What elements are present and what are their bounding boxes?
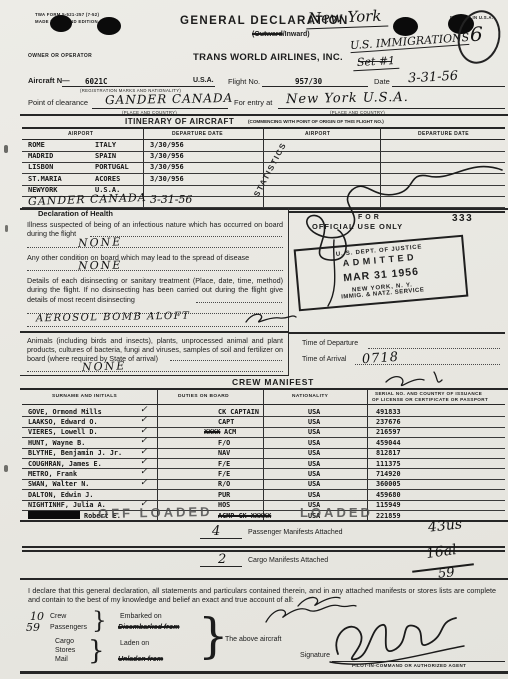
itinerary-cell: ST.MARIA xyxy=(28,175,62,183)
cargo-manifest-count[interactable]: 2 xyxy=(218,552,226,567)
dotted-leader xyxy=(27,326,283,327)
for-entry-label: For entry at xyxy=(234,98,272,107)
point-of-clearance-label: Point of clearance xyxy=(28,98,88,107)
itinerary-cell: SPAIN xyxy=(95,152,116,160)
crew-cell: SWAN, Walter N. xyxy=(28,480,89,488)
itinerary-col-departure: DEPARTURE DATE xyxy=(172,131,223,137)
itinerary-cell: 3/30/956 xyxy=(150,175,184,183)
brace-glyph: } xyxy=(88,636,105,666)
crew-cell: 216597 xyxy=(376,428,401,436)
disembarked-struck-label: Disembarked from xyxy=(118,624,179,631)
passenger-count-handwritten[interactable]: 59 xyxy=(26,621,40,634)
itinerary-col-airport: AIRPORT xyxy=(68,131,93,137)
crew-cell: XXXX xyxy=(204,428,220,436)
crew-cell: METRO, Frank xyxy=(28,470,77,478)
crew-cell: ✓ xyxy=(140,467,148,477)
official-number: 333 xyxy=(452,213,473,224)
brace-glyph: } xyxy=(198,608,229,664)
loaded-stamp: LOADED xyxy=(300,505,373,520)
crew-col-duties: DUTIES ON BOARD xyxy=(178,394,229,399)
animals-answer-handwritten[interactable]: NONE xyxy=(82,359,127,374)
crew-cell: NIGHTINHF, Julia A. xyxy=(28,501,106,509)
crew-cell: CK CAPTAIN xyxy=(218,408,259,416)
handwritten-set-number: Set #1 xyxy=(353,54,400,71)
airline-name: TRANS WORLD AIRLINES, INC. xyxy=(193,52,343,63)
signature-label: Signature xyxy=(300,652,330,659)
general-declaration-form: TWA FORM 5-521-257 (7-52) MADE B. SECOND… xyxy=(0,0,508,679)
crew-cell: F/E xyxy=(218,470,230,478)
admitted-stamp: U. S. DEPT. OF JUSTICE ADMITTED MAR 31 1… xyxy=(294,235,469,312)
aircraft-label: Aircraft N— xyxy=(28,76,70,85)
crew-cell: CAPT xyxy=(218,418,234,426)
section-rule xyxy=(20,114,508,116)
itinerary-cell: PORTUGAL xyxy=(95,163,129,171)
embarked-on-label: Embarked on xyxy=(120,613,162,620)
crew-cell: 360005 xyxy=(376,480,401,488)
entry-value-handwritten[interactable]: New York U.S.A. xyxy=(286,90,409,107)
crew-cell: R/O xyxy=(218,480,230,488)
crew-cell: HUNT, Wayne B. xyxy=(28,439,85,447)
itinerary-title: ITINERARY OF AIRCRAFT xyxy=(125,117,234,126)
crew-cell: F/O xyxy=(218,439,230,447)
footer-squiggle xyxy=(266,605,356,622)
for-label: FOR xyxy=(358,214,382,221)
passenger-count-label: Passengers xyxy=(50,624,87,631)
crew-cell: VIERES, Lowell D. xyxy=(28,428,98,436)
crew-cell: ✓ xyxy=(140,457,148,467)
crew-cell: USA xyxy=(308,408,320,416)
itinerary-cell: 3/30/956 xyxy=(150,141,184,149)
itinerary-row[interactable]: MADRIDSPAIN3/30/956 xyxy=(22,151,505,163)
flight-no-value[interactable]: 957/30 xyxy=(295,77,322,86)
field-underline xyxy=(62,86,215,87)
section-rule xyxy=(20,331,289,333)
declaration-text: I declare that this general declaration,… xyxy=(28,586,496,605)
official-use-only-label: OFFICIAL USE ONLY xyxy=(312,222,403,231)
health-title: Declaration of Health xyxy=(38,209,113,218)
brace-glyph: } xyxy=(92,608,107,634)
crew-cell: ✓ xyxy=(140,436,148,446)
crew-cell: 115949 xyxy=(376,501,401,509)
unladen-struck-label: Unladen from xyxy=(118,656,163,663)
mail-label: Mail xyxy=(55,656,68,663)
itinerary-cell: ITALY xyxy=(95,141,116,149)
health-a3-handwritten[interactable]: AEROSOL BOMB ALOFT xyxy=(36,311,190,325)
date-label: Date xyxy=(374,77,390,86)
dotted-leader xyxy=(27,371,283,372)
section-divider xyxy=(288,208,289,376)
itinerary-cell: NEWYORK xyxy=(28,186,58,194)
date-value-handwritten[interactable]: 3-31-56 xyxy=(408,69,459,87)
outward-struck: (Outward xyxy=(252,31,283,38)
signature-caption: PILOT-IN-COMMAND OR AUTHORIZED AGENT xyxy=(352,663,466,668)
crew-cell: GOVE, Ormond Mills xyxy=(28,408,102,416)
crew-cell: COUGHRAN, James E. xyxy=(28,460,102,468)
handwritten-city: New York xyxy=(306,7,388,30)
above-aircraft-label: The above aircraft xyxy=(225,636,281,643)
crew-cell: 491833 xyxy=(376,408,401,416)
handwritten-circle-number: 6 xyxy=(470,22,483,46)
time-arrival-handwritten[interactable]: 0718 xyxy=(362,350,400,368)
health-a2-handwritten[interactable]: NONE xyxy=(78,259,123,273)
handwritten-immigration: U.S. IMMIGRATIONS xyxy=(350,31,470,53)
inward-text: /Inward) xyxy=(283,31,310,38)
crew-cell: USA xyxy=(308,428,320,436)
crew-cell: USA xyxy=(308,460,320,468)
stores-label: Stores xyxy=(55,647,75,654)
crew-cell: F/E xyxy=(218,460,230,468)
crew-cell: BLYTHE, Benjamin J. Jr. xyxy=(28,449,122,457)
crew-cell: ✓ xyxy=(140,447,148,457)
crew-cell: 237676 xyxy=(376,418,401,426)
dotted-leader xyxy=(170,360,282,361)
dotted-leader xyxy=(368,348,500,349)
redacted-name-blackout xyxy=(28,511,80,519)
crew-cell: 459044 xyxy=(376,439,401,447)
itinerary-cell: ROME xyxy=(28,141,45,149)
aircraft-nationality: U.S.A. xyxy=(193,77,214,84)
health-a1-handwritten[interactable]: NONE xyxy=(78,235,123,250)
scan-artifact xyxy=(5,225,8,232)
time-arrival-label: Time of Arrival xyxy=(302,356,346,363)
crew-cell: ✓ xyxy=(140,426,148,436)
crew-cell: USA xyxy=(308,480,320,488)
crew-cell: ACMP CK XXXXX xyxy=(218,512,271,520)
punch-hole-icon xyxy=(97,17,121,35)
itinerary-col-airport: AIRPORT xyxy=(305,131,330,137)
handwritten-16al: 16al xyxy=(425,542,458,562)
crew-cell: HOS xyxy=(218,501,230,509)
itinerary-title-note: (COMMENCING WITH POINT OF ORIGIN OF THIS… xyxy=(248,119,384,124)
health-q3: Details of each disinsecting or sanitary… xyxy=(27,276,283,304)
field-underline xyxy=(200,566,242,567)
aircraft-registration-value[interactable]: 6021C xyxy=(85,77,108,86)
crew-cell: PUR xyxy=(218,491,230,499)
dotted-leader xyxy=(196,302,282,303)
crew-manifest-title: CREW MANIFEST xyxy=(232,377,314,387)
crew-cell: LAAKSO, Edward O. xyxy=(28,418,98,426)
time-departure-label: Time of Departure xyxy=(302,340,358,347)
itinerary-row[interactable]: GANDER CANADA3-31-56 xyxy=(22,196,505,208)
passenger-manifest-count[interactable]: 4 xyxy=(212,524,220,539)
crew-col-surname: SURNAME AND INITIALS xyxy=(52,394,117,399)
crew-cell: NAV xyxy=(218,449,230,457)
itinerary-col-departure: DEPARTURE DATE xyxy=(418,131,469,137)
field-underline xyxy=(200,538,242,539)
crew-header-squiggle xyxy=(386,372,442,386)
crew-cell: ✓ xyxy=(140,478,148,488)
itinerary-row[interactable]: ROMEITALY3/30/956 xyxy=(22,140,505,152)
crew-cell: 459680 xyxy=(376,491,401,499)
section-rule xyxy=(288,332,505,334)
passenger-manifest-label: Passenger Manifests Attached xyxy=(248,529,343,536)
crew-col-serial-line1: SERIAL NO. AND COUNTRY OF ISSUANCE xyxy=(375,391,482,396)
crew-col-serial-line2: OF LICENSE OR CERTIFICATE OR PASSPORT xyxy=(372,397,488,402)
owner-operator-label: OWNER OR OPERATOR xyxy=(28,53,92,59)
laden-on-label: Laden on xyxy=(120,640,149,647)
itinerary-cell: LISBON xyxy=(28,163,53,171)
scan-artifact xyxy=(4,465,8,472)
field-underline xyxy=(278,108,505,109)
crew-count-label: Crew xyxy=(50,613,66,620)
itinerary-cell: 3/30/956 xyxy=(150,163,184,171)
crew-cell: DALTON, Edwin J. xyxy=(28,491,93,499)
crew-cell: ✓ xyxy=(140,405,148,415)
itinerary-cell: GANDER CANADA xyxy=(28,191,147,208)
dotted-leader xyxy=(27,270,283,271)
itinerary-cell: 3/30/956 xyxy=(150,152,184,160)
itinerary-cell: ACORES xyxy=(95,175,120,183)
crew-cell: ✓ xyxy=(140,415,148,425)
field-underline xyxy=(92,108,228,109)
crew-cell: USA xyxy=(308,491,320,499)
scan-artifact xyxy=(4,145,8,153)
crew-cell: USA xyxy=(308,418,320,426)
crew-cell: USA xyxy=(308,449,320,457)
punch-hole-icon xyxy=(50,15,72,32)
pilot-signature xyxy=(336,618,456,659)
cargo-manifest-label: Cargo Manifests Attached xyxy=(248,557,328,564)
crew-cell: USA xyxy=(308,470,320,478)
dotted-leader xyxy=(27,247,283,248)
section-rule xyxy=(20,388,508,390)
signature-line[interactable] xyxy=(332,661,505,662)
field-underline xyxy=(262,86,368,87)
crew-cell: USA xyxy=(308,439,320,447)
crew-cell: 714920 xyxy=(376,470,401,478)
crew-cell: ACM xyxy=(224,428,236,436)
section-rule xyxy=(20,578,508,580)
crew-cell: 221859 xyxy=(376,512,401,520)
subtitle-outward-inward: (Outward/Inward) xyxy=(252,31,310,38)
itinerary-cell: 3-31-56 xyxy=(150,193,192,206)
off-loaded-stamp: OFF LOADED xyxy=(98,504,213,521)
health-q2: Any other condition on board which may l… xyxy=(27,253,283,262)
handwritten-43us: 43us xyxy=(427,516,463,535)
flight-no-label: Flight No. xyxy=(228,77,260,86)
crew-cell: 111375 xyxy=(376,460,401,468)
punch-hole-icon xyxy=(393,17,418,36)
clearance-value-handwritten[interactable]: GANDER CANADA xyxy=(105,91,234,107)
cargo-label: Cargo xyxy=(55,638,74,645)
itinerary-cell: MADRID xyxy=(28,152,53,160)
crew-col-nationality: NATIONALITY xyxy=(292,394,328,399)
crew-cell: 812817 xyxy=(376,449,401,457)
section-rule xyxy=(20,671,508,674)
